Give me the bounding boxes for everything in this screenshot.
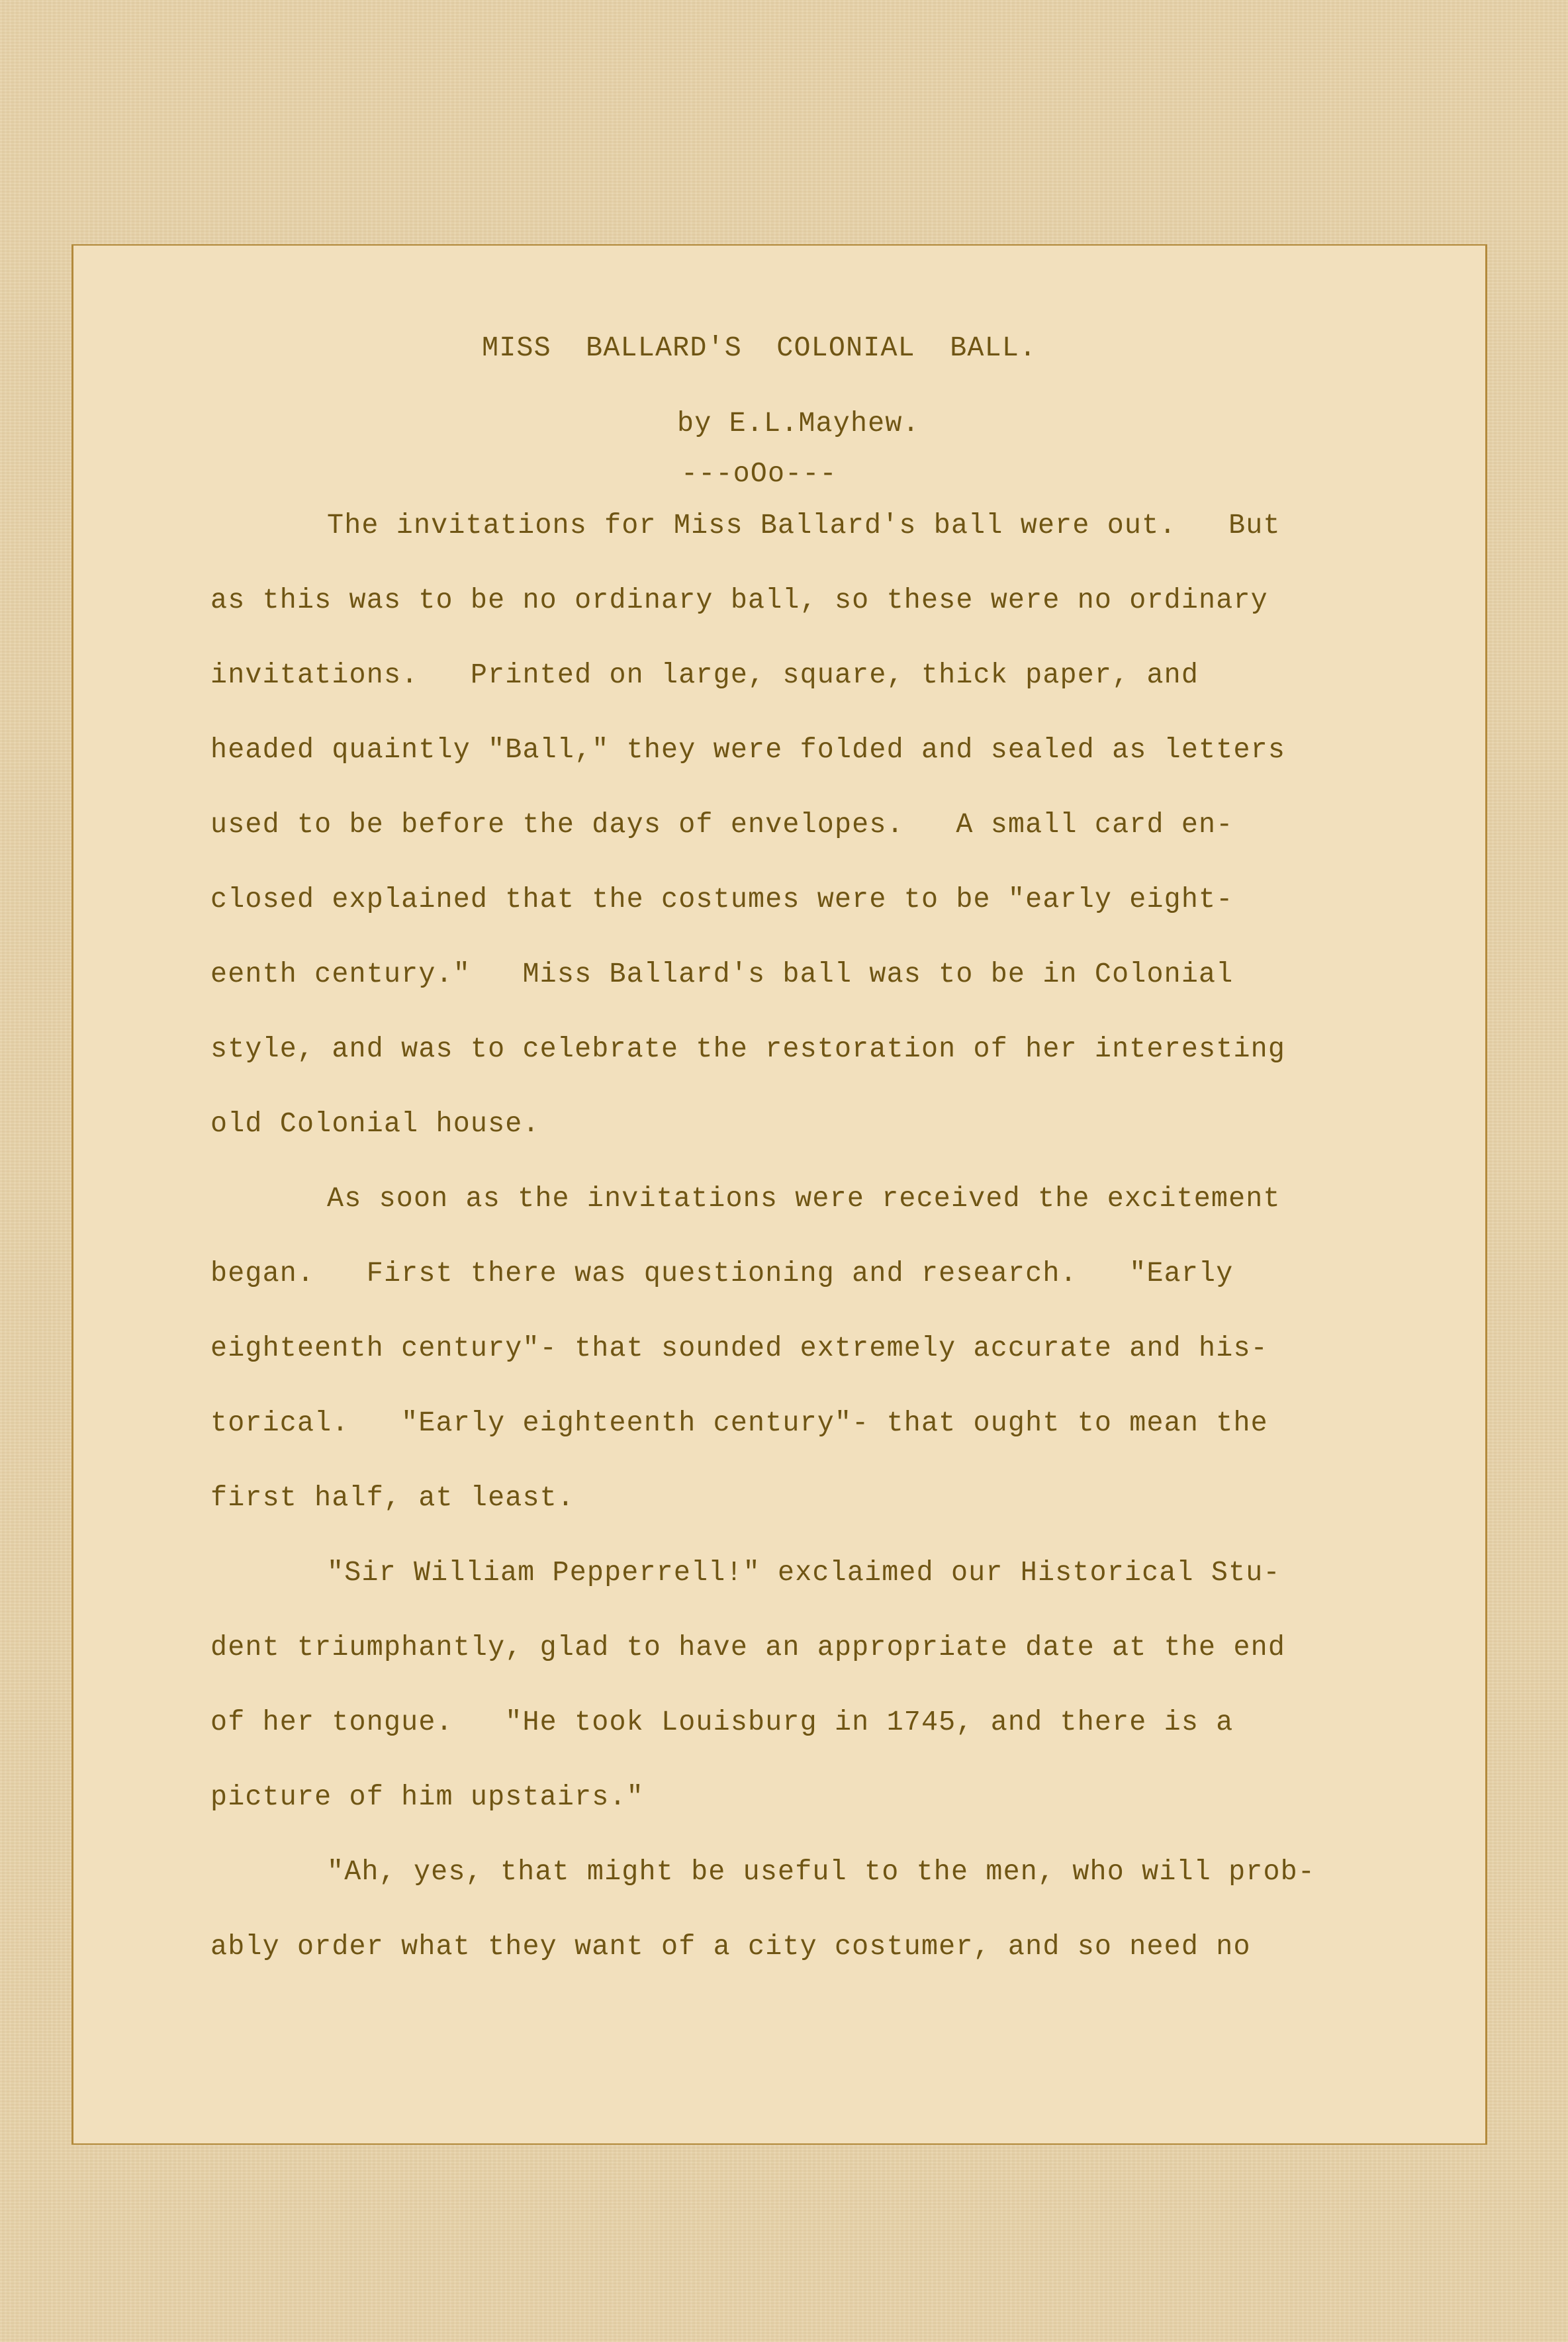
text-line: dent triumphantly, glad to have an appro…	[210, 1631, 1285, 1663]
text-line: eighteenth century"- that sounded extrem…	[210, 1332, 1268, 1364]
text-line: eenth century." Miss Ballard's ball was …	[210, 958, 1233, 990]
text-line: closed explained that the costumes were …	[210, 883, 1233, 915]
text-line: old Colonial house.	[210, 1107, 540, 1140]
section-ornament: ---oOo---	[681, 457, 837, 490]
text-line: ably order what they want of a city cost…	[210, 1930, 1251, 1963]
text-line: The invitations for Miss Ballard's ball …	[327, 509, 1281, 541]
text-line: invitations. Printed on large, square, t…	[210, 659, 1199, 691]
typewritten-page: MISS BALLARD'S COLONIAL BALL. by E.L.May…	[71, 244, 1487, 2145]
text-line: as this was to be no ordinary ball, so t…	[210, 584, 1268, 616]
text-line: first half, at least.	[210, 1481, 575, 1514]
text-line: of her tongue. "He took Louisburg in 174…	[210, 1706, 1233, 1738]
text-line: began. First there was questioning and r…	[210, 1257, 1233, 1289]
text-line: As soon as the invitations were received…	[327, 1182, 1281, 1215]
text-line: torical. "Early eighteenth century"- tha…	[210, 1407, 1268, 1439]
document-title: MISS BALLARD'S COLONIAL BALL.	[482, 332, 1037, 364]
author-byline: by E.L.Mayhew.	[677, 407, 920, 440]
text-line: used to be before the days of envelopes.…	[210, 808, 1233, 841]
text-line: headed quaintly "Ball," they were folded…	[210, 733, 1285, 766]
text-line: style, and was to celebrate the restorat…	[210, 1033, 1285, 1065]
text-line: "Sir William Pepperrell!" exclaimed our …	[327, 1556, 1281, 1589]
text-line: "Ah, yes, that might be useful to the me…	[327, 1855, 1315, 1888]
text-line: picture of him upstairs."	[210, 1781, 644, 1813]
